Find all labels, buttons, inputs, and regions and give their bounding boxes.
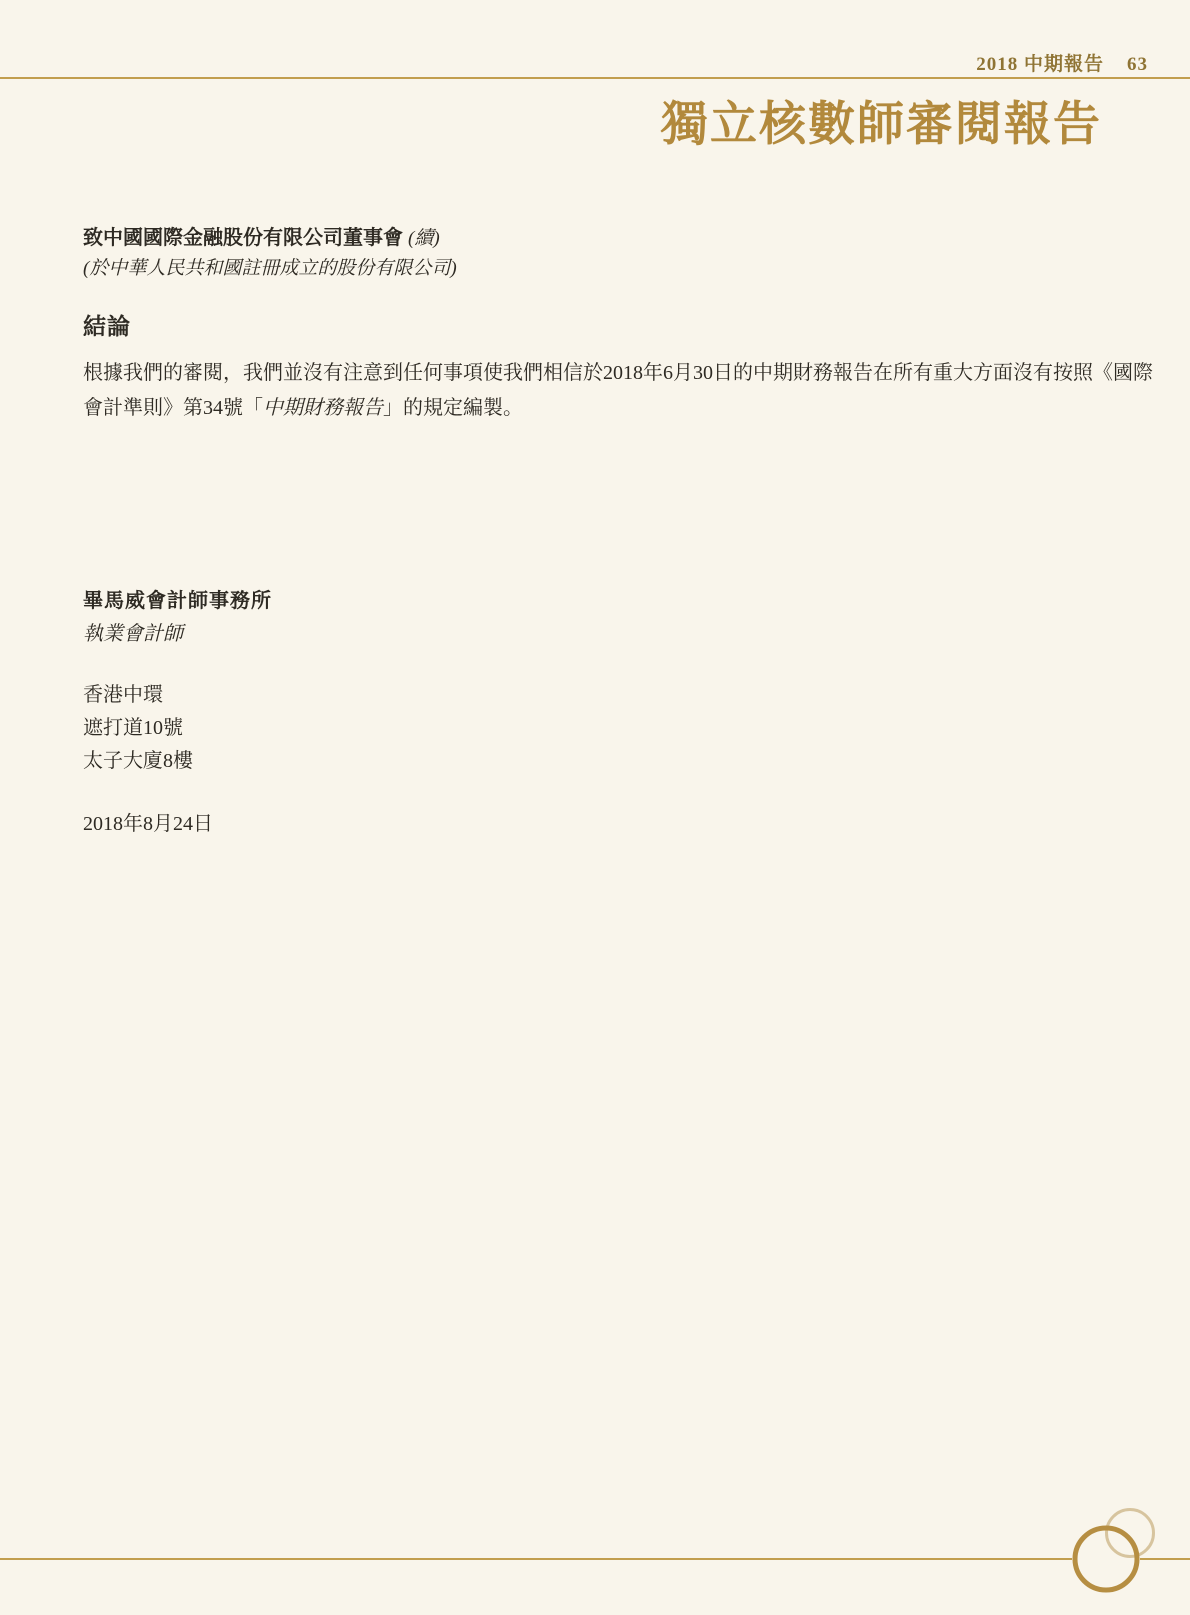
footer-decoration [0,1490,1190,1615]
conclusion-line2-post: 」的規定編製。 [383,397,523,419]
report-page: 2018 中期報告 63 獨立核數師審閱報告 致中國國際金融股份有限公司董事會 … [0,0,1190,1615]
small-ring-icon [1107,1510,1154,1557]
firm-role: 執業會計師 [83,618,272,651]
conclusion-heading: 結論 [83,308,131,341]
address-line: 太子大廈8樓 [83,745,193,778]
addressee-line: 致中國國際金融股份有限公司董事會 (續) [83,222,440,255]
conclusion-paragraph: 根據我們的審閱，我們並沒有注意到任何事項使我們相信於2018年6月30日的中期財… [83,356,1107,426]
incorporation-line: (於中華人民共和國註冊成立的股份有限公司) [83,252,457,285]
conclusion-paragraph-line1: 根據我們的審閱，我們並沒有注意到任何事項使我們相信於2018年6月30日的中期財… [83,356,1107,391]
conclusion-line1-text: 根據我們的審閱，我們並沒有注意到任何事項使我們相信於2018年6月30日的中期財… [83,356,1153,391]
page-number: 63 [1127,54,1148,76]
conclusion-line2-pre: 會計準則》第34號「 [83,397,263,419]
firm-name: 畢馬威會計師事務所 [83,585,272,618]
address-line: 香港中環 [83,679,193,712]
top-divider-line [0,77,1190,79]
page-header: 2018 中期報告 63 [976,49,1148,76]
address-line: 遮打道10號 [83,712,193,745]
signature-block: 畢馬威會計師事務所 執業會計師 [83,585,272,651]
address-block: 香港中環 遮打道10號 太子大廈8樓 [83,679,193,778]
addressee-continued-marker: (續) [408,228,440,249]
conclusion-paragraph-line2: 會計準則》第34號「中期財務報告」的規定編製。 [83,391,1107,426]
page-title: 獨立核數師審閱報告 [661,99,1102,151]
conclusion-line2-italic: 中期財務報告 [263,397,383,419]
addressee-name: 致中國國際金融股份有限公司董事會 [83,227,403,249]
report-date: 2018年8月24日 [83,807,213,836]
report-name: 2018 中期報告 [976,49,1104,76]
